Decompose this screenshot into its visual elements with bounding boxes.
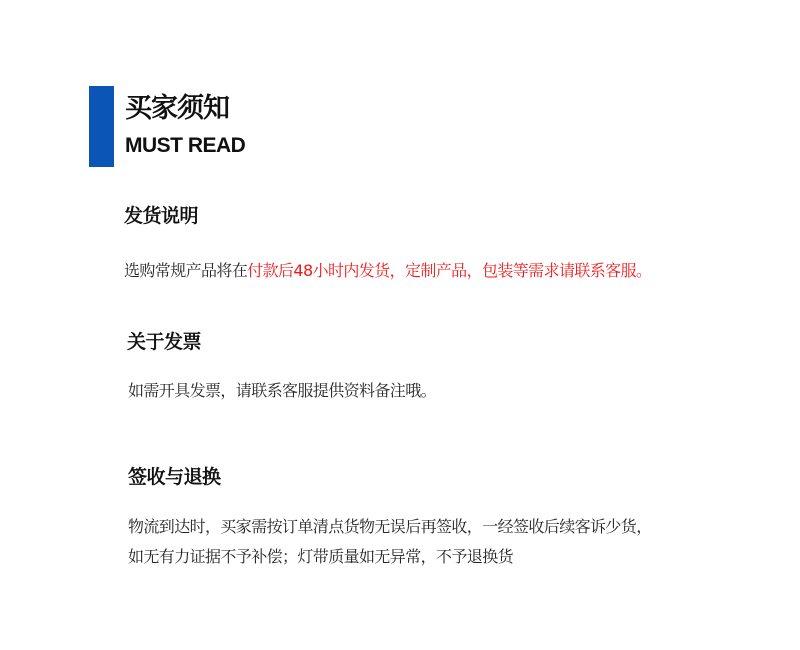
shipping-text: 选购常规产品将在付款后48小时内发货，定制产品，包装等需求请联系客服。 xyxy=(124,261,651,281)
shipping-text-normal: 选购常规产品将在 xyxy=(124,261,247,280)
shipping-text-highlight: 付款后48小时内发货，定制产品，包装等需求请联系客服。 xyxy=(247,261,651,280)
page-subtitle: MUST READ xyxy=(125,133,245,159)
section-heading-invoice: 关于发票 xyxy=(127,330,201,354)
accent-bar xyxy=(89,86,114,167)
page-title: 买家须知 xyxy=(125,92,229,126)
receipt-text-line-2: 如无有力证据不予补偿；灯带质量如无异常，不予退换货 xyxy=(128,547,513,567)
section-heading-receipt-return: 签收与退换 xyxy=(128,465,221,489)
section-heading-shipping: 发货说明 xyxy=(124,204,198,228)
invoice-text: 如需开具发票，请联系客服提供资料备注哦。 xyxy=(128,381,436,401)
receipt-text-line-1: 物流到达时，买家需按订单清点货物无误后再签收，一经签收后续客诉少货， xyxy=(128,517,652,537)
